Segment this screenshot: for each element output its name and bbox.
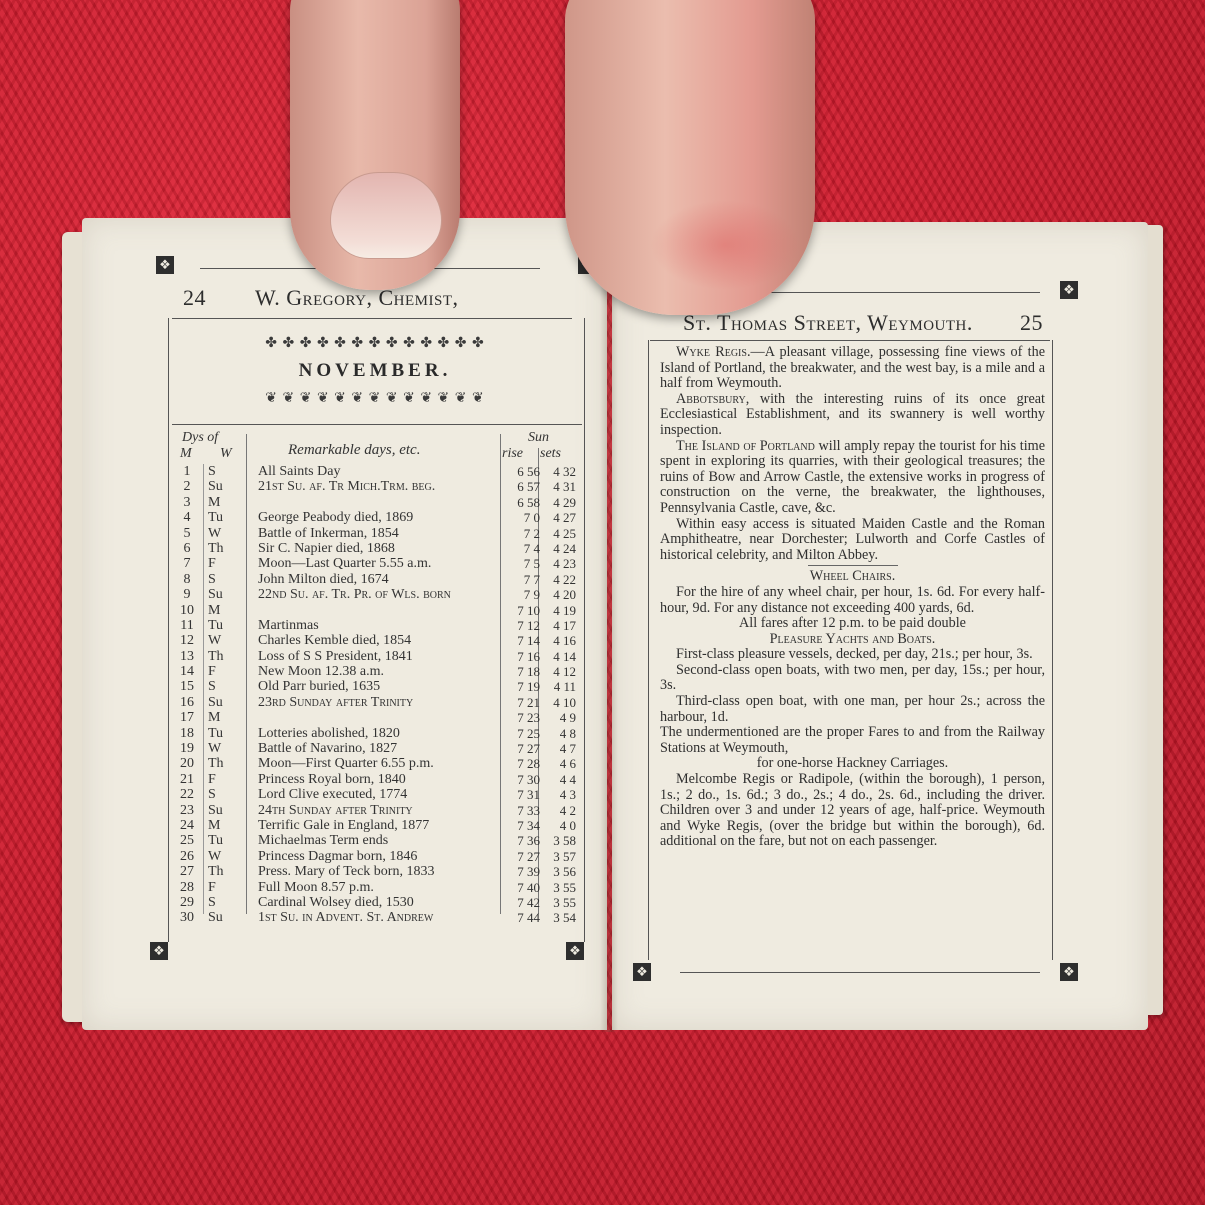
book-gutter <box>600 220 618 1032</box>
sunset: 3 55 <box>540 880 576 895</box>
calendar-header: Dys of M W Remarkable days, etc. Sun ris… <box>168 428 576 464</box>
sunrise: 7 27 <box>502 849 540 864</box>
sunrise: 7 40 <box>502 880 540 895</box>
day-of-week: M <box>208 495 238 510</box>
day-of-month: 4 <box>176 510 198 525</box>
sunset: 4 12 <box>540 664 576 679</box>
section-divider <box>808 565 898 566</box>
header-rule-bottom <box>172 318 572 319</box>
corner-ornament-icon: ❖ <box>150 942 168 960</box>
day-of-week: F <box>208 772 238 787</box>
sunrise: 6 57 <box>502 479 540 494</box>
sunset: 4 7 <box>540 741 576 756</box>
sunrise: 7 30 <box>502 772 540 787</box>
header-rise: rise <box>502 446 523 462</box>
sunset: 4 11 <box>540 679 576 694</box>
day-of-week: Su <box>208 587 238 602</box>
sunrise: 7 16 <box>502 649 540 664</box>
header-month: M <box>180 446 192 462</box>
day-of-month: 30 <box>176 910 198 925</box>
day-of-month: 5 <box>176 526 198 541</box>
day-of-week: Tu <box>208 618 238 633</box>
calendar-row: 6ThSir C. Napier died, 18687 44 24 <box>168 541 576 556</box>
november-calendar-table: Dys of M W Remarkable days, etc. Sun ris… <box>168 428 576 926</box>
paragraph-maiden-castle: Within easy access is situated Maiden Ca… <box>660 517 1045 564</box>
paragraph-portland: The Island of Portland will amply repay … <box>660 439 1045 517</box>
calendar-rows: 1SAll Saints Day6 564 322Su21st Su. af. … <box>168 464 576 926</box>
day-of-month: 8 <box>176 572 198 587</box>
decorative-border-top: ✤ ✤ ✤ ✤ ✤ ✤ ✤ ✤ ✤ ✤ ✤ ✤ ✤ <box>232 335 518 352</box>
day-of-month: 27 <box>176 864 198 879</box>
sunrise: 7 34 <box>502 818 540 833</box>
day-of-month: 23 <box>176 803 198 818</box>
sunset: 4 10 <box>540 695 576 710</box>
sunrise: 7 5 <box>502 556 540 571</box>
decorative-border-bottom: ❦ ❦ ❦ ❦ ❦ ❦ ❦ ❦ ❦ ❦ ❦ ❦ ❦ <box>232 390 518 407</box>
day-of-week: Th <box>208 864 238 879</box>
sunset: 4 4 <box>540 772 576 787</box>
header-week: W <box>220 446 232 462</box>
sunset: 4 16 <box>540 633 576 648</box>
day-of-week: S <box>208 895 238 910</box>
day-of-month: 13 <box>176 649 198 664</box>
calendar-row: 20ThMoon—First Quarter 6.55 p.m.7 284 6 <box>168 756 576 771</box>
sunrise: 7 0 <box>502 510 540 525</box>
calendar-row: 1SAll Saints Day6 564 32 <box>168 464 576 479</box>
header-sets: sets <box>540 446 561 462</box>
header-rule-bottom <box>650 340 1050 341</box>
calendar-row: 9Su22nd Su. af. Tr. Pr. of Wls. born7 94… <box>168 587 576 602</box>
sunset: 4 29 <box>540 495 576 510</box>
day-of-month: 26 <box>176 849 198 864</box>
sunrise: 7 21 <box>502 695 540 710</box>
day-of-week: M <box>208 818 238 833</box>
calendar-row: 23Su24th Sunday after Trinity7 334 2 <box>168 803 576 818</box>
sunset: 4 8 <box>540 726 576 741</box>
day-of-month: 21 <box>176 772 198 787</box>
day-of-week: Th <box>208 541 238 556</box>
sunset: 4 9 <box>540 710 576 725</box>
footer-rule <box>680 972 1040 973</box>
calendar-row: 30Su1st Su. in Advent. St. Andrew7 443 5… <box>168 910 576 925</box>
day-of-month: 3 <box>176 495 198 510</box>
corner-ornament-icon: ❖ <box>566 942 584 960</box>
heading-wheel-chairs: Wheel Chairs. <box>660 569 1045 585</box>
day-of-week: F <box>208 556 238 571</box>
calendar-row: 16Su23rd Sunday after Trinity7 214 10 <box>168 695 576 710</box>
calendar-row: 26WPrincess Dagmar born, 18467 273 57 <box>168 849 576 864</box>
sunrise: 7 42 <box>502 895 540 910</box>
calendar-row: 5WBattle of Inkerman, 18547 24 25 <box>168 526 576 541</box>
sunrise: 7 23 <box>502 710 540 725</box>
calendar-row: 3M6 584 29 <box>168 495 576 510</box>
day-of-month: 19 <box>176 741 198 756</box>
sunset: 4 32 <box>540 464 576 479</box>
sunset: 3 54 <box>540 910 576 925</box>
sunrise: 7 14 <box>502 633 540 648</box>
day-of-month: 12 <box>176 633 198 648</box>
wheel-chairs-note: All fares after 12 p.m. to be paid doubl… <box>660 616 1045 632</box>
sunset: 4 14 <box>540 649 576 664</box>
calendar-row: 17M7 234 9 <box>168 710 576 725</box>
calendar-row: 27ThPress. Mary of Teck born, 18337 393 … <box>168 864 576 879</box>
calendar-row: 22SLord Clive executed, 17747 314 3 <box>168 787 576 802</box>
page-number-left: 24 <box>183 285 206 311</box>
thumbnail <box>330 172 442 259</box>
day-of-month: 16 <box>176 695 198 710</box>
day-of-month: 7 <box>176 556 198 571</box>
sunset: 4 25 <box>540 526 576 541</box>
corner-ornament-icon: ❖ <box>1060 963 1078 981</box>
wheel-chairs-text: For the hire of any wheel chair, per hou… <box>660 585 1045 616</box>
sunrise: 7 33 <box>502 803 540 818</box>
left-frame-line <box>648 340 649 960</box>
sunset: 4 20 <box>540 587 576 602</box>
day-of-month: 6 <box>176 541 198 556</box>
calendar-row: 4TuGeorge Peabody died, 18697 04 27 <box>168 510 576 525</box>
fares-subheading: for one-horse Hackney Carriages. <box>660 756 1045 772</box>
calendar-row: 15SOld Parr buried, 16357 194 11 <box>168 679 576 694</box>
day-of-week: Tu <box>208 510 238 525</box>
calendar-row: 25TuMichaelmas Term ends7 363 58 <box>168 833 576 848</box>
day-of-month: 14 <box>176 664 198 679</box>
sunrise: 7 28 <box>502 756 540 771</box>
page-number-right: 25 <box>1020 310 1043 336</box>
calendar-row: 21FPrincess Royal born, 18407 304 4 <box>168 772 576 787</box>
day-of-month: 28 <box>176 880 198 895</box>
day-of-week: Su <box>208 479 238 494</box>
sunset: 4 6 <box>540 756 576 771</box>
day-of-week: M <box>208 710 238 725</box>
sunrise: 7 2 <box>502 526 540 541</box>
day-of-month: 9 <box>176 587 198 602</box>
sunset: 4 23 <box>540 556 576 571</box>
day-of-month: 22 <box>176 787 198 802</box>
yachts-first-class: First-class pleasure vessels, decked, pe… <box>660 647 1045 663</box>
day-of-month: 10 <box>176 603 198 618</box>
day-of-week: W <box>208 633 238 648</box>
sunrise: 7 12 <box>502 618 540 633</box>
right-page-text: Wyke Regis.—A pleasant village, possessi… <box>660 345 1045 850</box>
sunrise: 7 27 <box>502 741 540 756</box>
day-of-week: W <box>208 526 238 541</box>
fares-intro: The undermentioned are the proper Fares … <box>660 725 1045 756</box>
sunset: 4 2 <box>540 803 576 818</box>
running-head-right: St. Thomas Street, Weymouth. <box>683 310 973 336</box>
sunrise: 7 7 <box>502 572 540 587</box>
day-of-week: Tu <box>208 726 238 741</box>
day-of-week: Su <box>208 695 238 710</box>
sunset: 3 58 <box>540 833 576 848</box>
calendar-row: 11TuMartinmas7 124 17 <box>168 618 576 633</box>
day-of-week: W <box>208 849 238 864</box>
fares-text: Melcombe Regis or Radipole, (within the … <box>660 772 1045 850</box>
day-of-month: 29 <box>176 895 198 910</box>
sunrise: 7 39 <box>502 864 540 879</box>
sunset: 4 22 <box>540 572 576 587</box>
sunrise: 7 18 <box>502 664 540 679</box>
sunrise: 7 10 <box>502 603 540 618</box>
day-of-week: F <box>208 664 238 679</box>
sunset: 4 24 <box>540 541 576 556</box>
day-of-week: S <box>208 464 238 479</box>
day-of-month: 2 <box>176 479 198 494</box>
day-of-week: Tu <box>208 833 238 848</box>
sunset: 4 19 <box>540 603 576 618</box>
day-of-week: W <box>208 741 238 756</box>
calendar-row: 8SJohn Milton died, 16747 74 22 <box>168 572 576 587</box>
corner-ornament-icon: ❖ <box>1060 281 1078 299</box>
calendar-row: 14FNew Moon 12.38 a.m.7 184 12 <box>168 664 576 679</box>
day-of-month: 24 <box>176 818 198 833</box>
day-of-month: 15 <box>176 679 198 694</box>
day-of-week: M <box>208 603 238 618</box>
day-of-week: Su <box>208 803 238 818</box>
day-of-week: S <box>208 787 238 802</box>
day-of-week: Th <box>208 649 238 664</box>
right-frame-line <box>1052 340 1053 960</box>
calendar-row: 24MTerrific Gale in England, 18777 344 0 <box>168 818 576 833</box>
sunset: 4 17 <box>540 618 576 633</box>
header-remarkable-days: Remarkable days, etc. <box>288 442 420 459</box>
day-of-month: 17 <box>176 710 198 725</box>
sunrise: 7 44 <box>502 910 540 925</box>
calendar-row: 28FFull Moon 8.57 p.m.7 403 55 <box>168 880 576 895</box>
sunset: 4 31 <box>540 479 576 494</box>
sunrise: 7 19 <box>502 679 540 694</box>
sunset: 4 0 <box>540 818 576 833</box>
day-of-month: 18 <box>176 726 198 741</box>
sunset: 3 57 <box>540 849 576 864</box>
sunrise: 7 36 <box>502 833 540 848</box>
calendar-row: 19WBattle of Navarino, 18277 274 7 <box>168 741 576 756</box>
day-of-month: 1 <box>176 464 198 479</box>
yachts-third-class: Third-class open boat, with one man, per… <box>660 694 1045 725</box>
day-of-month: 25 <box>176 833 198 848</box>
month-title-box: ✤ ✤ ✤ ✤ ✤ ✤ ✤ ✤ ✤ ✤ ✤ ✤ ✤ NOVEMBER. ❦ ❦ … <box>232 335 518 415</box>
day-of-week: S <box>208 679 238 694</box>
calendar-row: 12WCharles Kemble died, 18547 144 16 <box>168 633 576 648</box>
sunset: 3 56 <box>540 864 576 879</box>
day-of-week: F <box>208 880 238 895</box>
corner-ornament-icon: ❖ <box>633 963 651 981</box>
day-of-month: 20 <box>176 756 198 771</box>
yachts-second-class: Second-class open boats, with two men, p… <box>660 663 1045 694</box>
day-of-week: S <box>208 572 238 587</box>
paragraph-wyke-regis: Wyke Regis.—A pleasant village, possessi… <box>660 345 1045 392</box>
sunrise: 7 9 <box>502 587 540 602</box>
calendar-row: 29SCardinal Wolsey died, 15307 423 55 <box>168 895 576 910</box>
sunset: 4 3 <box>540 787 576 802</box>
sunrise: 7 4 <box>502 541 540 556</box>
calendar-row: 7FMoon—Last Quarter 5.55 a.m.7 54 23 <box>168 556 576 571</box>
sunset: 4 27 <box>540 510 576 525</box>
sunrise: 6 58 <box>502 495 540 510</box>
header-days-of: Dys of <box>182 430 218 446</box>
sunrise: 6 56 <box>502 464 540 479</box>
calendar-row: 2Su21st Su. af. Tr Mich.Trm. beg.6 574 3… <box>168 479 576 494</box>
calendar-row: 10M7 104 19 <box>168 603 576 618</box>
sunset: 3 55 <box>540 895 576 910</box>
calendar-row: 13ThLoss of S S President, 18417 164 14 <box>168 649 576 664</box>
month-title: NOVEMBER. <box>232 360 518 382</box>
table-top-rule <box>172 424 582 425</box>
sunrise: 7 25 <box>502 726 540 741</box>
heading-yachts: Pleasure Yachts and Boats. <box>660 632 1045 648</box>
header-sun: Sun <box>528 430 549 446</box>
sunrise: 7 31 <box>502 787 540 802</box>
day-of-week: Su <box>208 910 238 925</box>
day-of-month: 11 <box>176 618 198 633</box>
paragraph-abbotsbury: Abbotsbury, with the interesting ruins o… <box>660 392 1045 439</box>
day-of-week: Th <box>208 756 238 771</box>
calendar-row: 18TuLotteries abolished, 18207 254 8 <box>168 726 576 741</box>
fingertip-blush <box>650 200 800 290</box>
corner-ornament-icon: ❖ <box>156 256 174 274</box>
